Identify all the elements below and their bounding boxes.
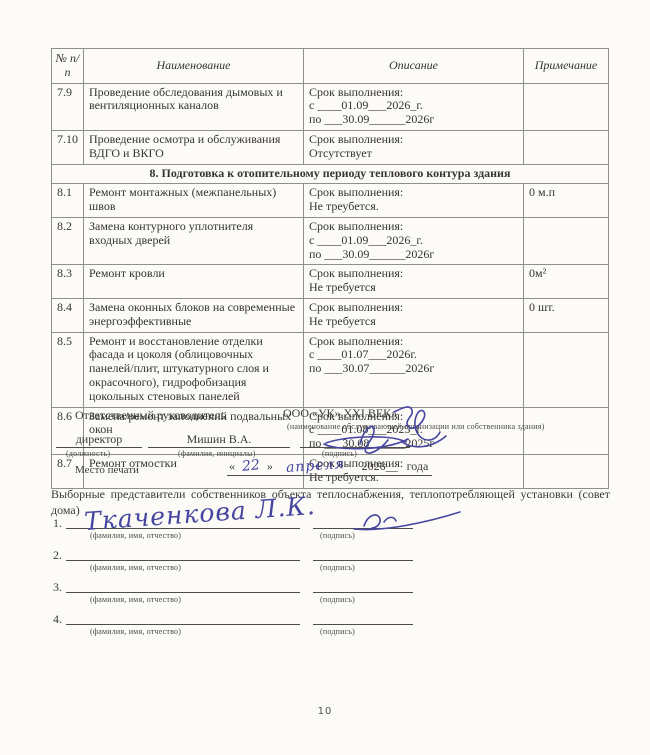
manager-name-value: Мишин В.А.	[148, 432, 290, 448]
description-line: Срок выполнения:	[309, 267, 518, 281]
row-description-cell: Срок выполнения:Отсутствует	[304, 130, 524, 164]
row-name-cell: Проведение осмотра и обслуживания ВДГО и…	[84, 130, 304, 164]
description-line: Не треубется.	[309, 200, 518, 214]
representative-signature-caption: (подпись)	[320, 595, 355, 604]
description-line: Не требуется	[309, 315, 518, 329]
row-number-cell: 7.9	[52, 83, 84, 130]
representative-number: 3.	[53, 580, 62, 595]
row-description-cell: Срок выполнения:с ____01.09___2026_г.по …	[304, 217, 524, 264]
column-header-name: Наименование	[84, 49, 304, 84]
row-note-cell	[524, 332, 609, 407]
row-note-cell: 0 шт.	[524, 298, 609, 332]
row-note-cell: 0 м.п	[524, 184, 609, 218]
section-header-row: 8. Подготовка к отопительному периоду те…	[52, 164, 609, 184]
table-row: 8.5Ремонт и восстановление отделки фасад…	[52, 332, 609, 407]
column-header-note: Примечание	[524, 49, 609, 84]
description-line: Отсутствует	[309, 147, 518, 161]
description-line: с ____01.09___2026_г.	[309, 234, 518, 248]
description-line: Срок выполнения:	[309, 133, 518, 147]
row-description-cell: Срок выполнения:Не требуется	[304, 298, 524, 332]
representative-signature-line	[313, 592, 413, 593]
representative-row: 3.(фамилия, имя, отчество)(подпись)	[51, 576, 608, 608]
description-line: с ____01.07___2026г.	[309, 348, 518, 362]
column-header-description: Описание	[304, 49, 524, 84]
row-description-cell: Срок выполнения:Не требуется	[304, 265, 524, 299]
row-name-cell: Замена контурного уплотнителя входных дв…	[84, 217, 304, 264]
representative-signature-caption: (подпись)	[320, 627, 355, 636]
date-open-quote: «	[229, 459, 235, 473]
row-note-cell	[524, 454, 609, 488]
representative-name-caption: (фамилия, имя, отчество)	[90, 595, 181, 604]
responsible-label: Ответственный руководитель	[75, 408, 226, 423]
description-line: Срок выполнения:	[309, 335, 518, 349]
date-day-handwritten: 22	[241, 457, 260, 475]
row-note-cell	[524, 130, 609, 164]
table-row: 8.1Ремонт монтажных (межпанельных) швовС…	[52, 184, 609, 218]
representative-1-signature	[350, 504, 465, 534]
description-line: Срок выполнения:	[309, 220, 518, 234]
row-note-cell: 0м²	[524, 265, 609, 299]
table-row: 8.3Ремонт кровлиСрок выполнения:Не требу…	[52, 265, 609, 299]
description-line: по ___30.07______2026г	[309, 362, 518, 376]
description-line: Срок выполнения:	[309, 301, 518, 315]
representative-signature-line	[313, 560, 413, 561]
representative-number: 2.	[53, 548, 62, 563]
page-number: 10	[0, 706, 650, 717]
column-header-number: № п/п	[52, 49, 84, 84]
representative-name-line	[66, 560, 300, 561]
description-line: по ___30.09______2026г	[309, 248, 518, 262]
date-month-handwritten: апреля	[285, 456, 345, 476]
stamp-place-label: Место печати	[75, 464, 139, 476]
description-line: Не требуется	[309, 281, 518, 295]
description-line: Срок выполнения:	[309, 86, 518, 100]
position-value: директор	[56, 432, 142, 448]
row-name-cell: Ремонт кровли	[84, 265, 304, 299]
document-page: № п/п Наименование Описание Примечание 7…	[0, 0, 650, 755]
date-line: « 22 » апреля 2026__ года	[227, 458, 432, 476]
row-name-cell: Замена оконных блоков на современные эне…	[84, 298, 304, 332]
director-signature	[316, 418, 416, 458]
position-caption: (должность)	[66, 449, 110, 458]
row-number-cell: 8.2	[52, 217, 84, 264]
row-number-cell: 8.4	[52, 298, 84, 332]
table-row: 7.10Проведение осмотра и обслуживания ВД…	[52, 130, 609, 164]
description-line: Срок выполнения:	[309, 186, 518, 200]
manager-name-caption: (фамилия, инициалы)	[178, 449, 256, 458]
representative-row: 2.(фамилия, имя, отчество)(подпись)	[51, 544, 608, 576]
representative-number: 4.	[53, 612, 62, 627]
row-number-cell: 8.3	[52, 265, 84, 299]
description-line: по ___30.09______2026г	[309, 113, 518, 127]
row-description-cell: Срок выполнения:с ____01.07___2026г.по _…	[304, 332, 524, 407]
representative-name-line	[66, 624, 300, 625]
row-description-cell: Срок выполнения:с ____01.09___2026_г.по …	[304, 83, 524, 130]
date-year: 2026__	[362, 459, 398, 473]
row-name-cell: Ремонт монтажных (межпанельных) швов	[84, 184, 304, 218]
row-number-cell: 8.1	[52, 184, 84, 218]
row-name-cell: Ремонт и восстановление отделки фасада и…	[84, 332, 304, 407]
row-number-cell: 7.10	[52, 130, 84, 164]
representative-row: 4.(фамилия, имя, отчество)(подпись)	[51, 608, 608, 640]
table-row: 7.9Проведение обследования дымовых и вен…	[52, 83, 609, 130]
table-row: 8.2Замена контурного уплотнителя входных…	[52, 217, 609, 264]
description-line: с ____01.09___2026_г.	[309, 99, 518, 113]
representative-name-line	[66, 592, 300, 593]
representative-signature-line	[313, 624, 413, 625]
representative-name-caption: (фамилия, имя, отчество)	[90, 563, 181, 572]
row-note-cell	[524, 217, 609, 264]
date-year-word: года	[407, 459, 429, 473]
row-name-cell: Проведение обследования дымовых и вентил…	[84, 83, 304, 130]
representative-signature-caption: (подпись)	[320, 563, 355, 572]
row-note-cell	[524, 83, 609, 130]
section-title: 8. Подготовка к отопительному периоду те…	[52, 164, 609, 184]
row-number-cell: 8.5	[52, 332, 84, 407]
representative-name-caption: (фамилия, имя, отчество)	[90, 627, 181, 636]
row-description-cell: Срок выполнения:Не треубется.	[304, 184, 524, 218]
date-close-quote: »	[267, 459, 273, 473]
representative-number: 1.	[53, 516, 62, 531]
table-header-row: № п/п Наименование Описание Примечание	[52, 49, 609, 84]
table-row: 8.4Замена оконных блоков на современные …	[52, 298, 609, 332]
